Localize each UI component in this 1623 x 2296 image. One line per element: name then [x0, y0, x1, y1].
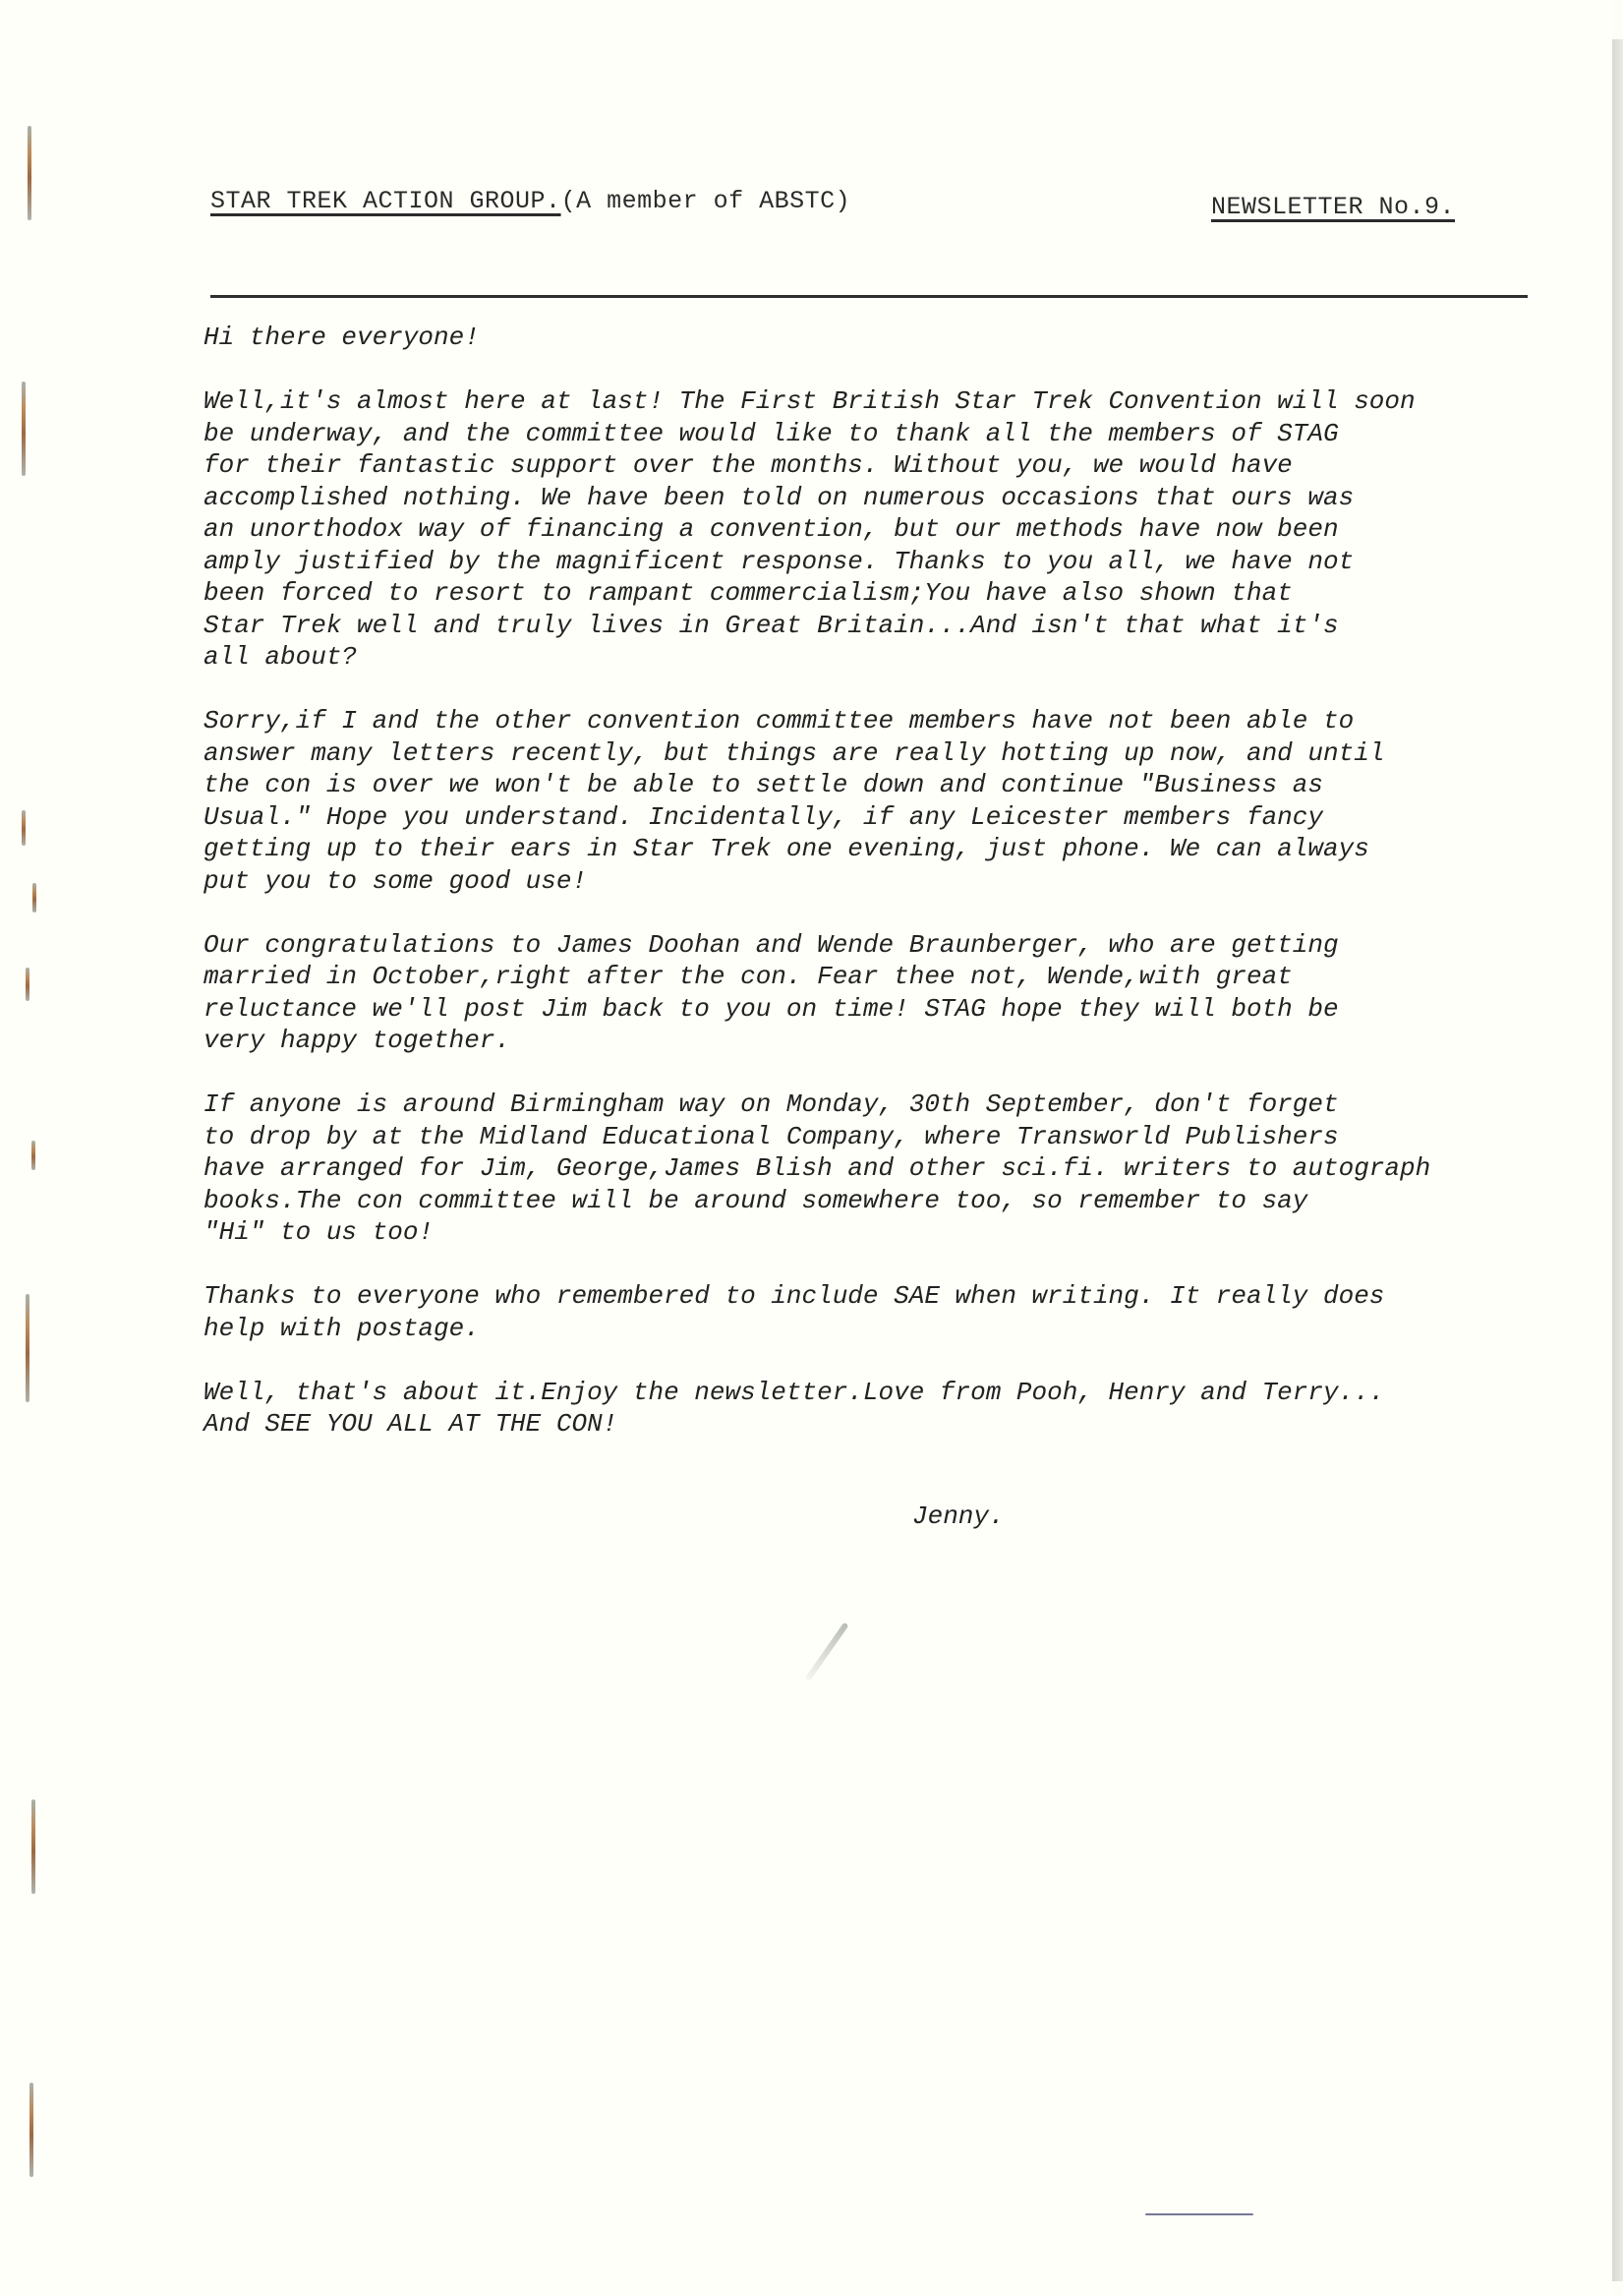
binder-hole-mark: [32, 883, 36, 913]
binder-hole-mark: [29, 2083, 33, 2177]
binder-hole-mark: [28, 126, 31, 220]
org-subtitle: (A member of ABSTC): [561, 187, 851, 215]
letter-paragraph: If anyone is around Birmingham way on Mo…: [203, 1089, 1560, 1249]
header-org: STAR TREK ACTION GROUP.(A member of ABST…: [210, 187, 850, 215]
issue-label: NEWSLETTER No.9.: [1211, 193, 1455, 221]
letter-closing: Well, that's about it.Enjoy the newslett…: [203, 1377, 1560, 1441]
pencil-smudge: [804, 1622, 848, 1682]
binder-hole-mark: [26, 1294, 29, 1402]
header-divider: [210, 295, 1528, 298]
binder-hole-mark: [31, 1141, 35, 1170]
newsletter-page: STAR TREK ACTION GROUP.(A member of ABST…: [0, 0, 1612, 2296]
letter-paragraph: Sorry,if I and the other convention comm…: [203, 705, 1560, 897]
letter-greeting: Hi there everyone!: [203, 322, 1560, 354]
page-edge-shadow: [1612, 39, 1623, 2281]
ink-mark: [1145, 2213, 1253, 2215]
org-title: STAR TREK ACTION GROUP.: [210, 187, 561, 215]
letter-paragraph: Our congratulations to James Doohan and …: [203, 929, 1560, 1057]
binder-hole-mark: [22, 810, 26, 846]
letter-paragraph: Thanks to everyone who remembered to inc…: [203, 1280, 1560, 1344]
issue-number: NEWSLETTER No.9.: [1211, 193, 1455, 221]
binder-hole-mark: [31, 1799, 35, 1894]
letter-paragraph: Well,it's almost here at last! The First…: [203, 385, 1560, 674]
letter-body: Hi there everyone! Well,it's almost here…: [203, 322, 1560, 1472]
binder-hole-mark: [22, 382, 26, 476]
letter-signature: Jenny.: [912, 1501, 1005, 1531]
binder-hole-mark: [26, 968, 29, 1001]
